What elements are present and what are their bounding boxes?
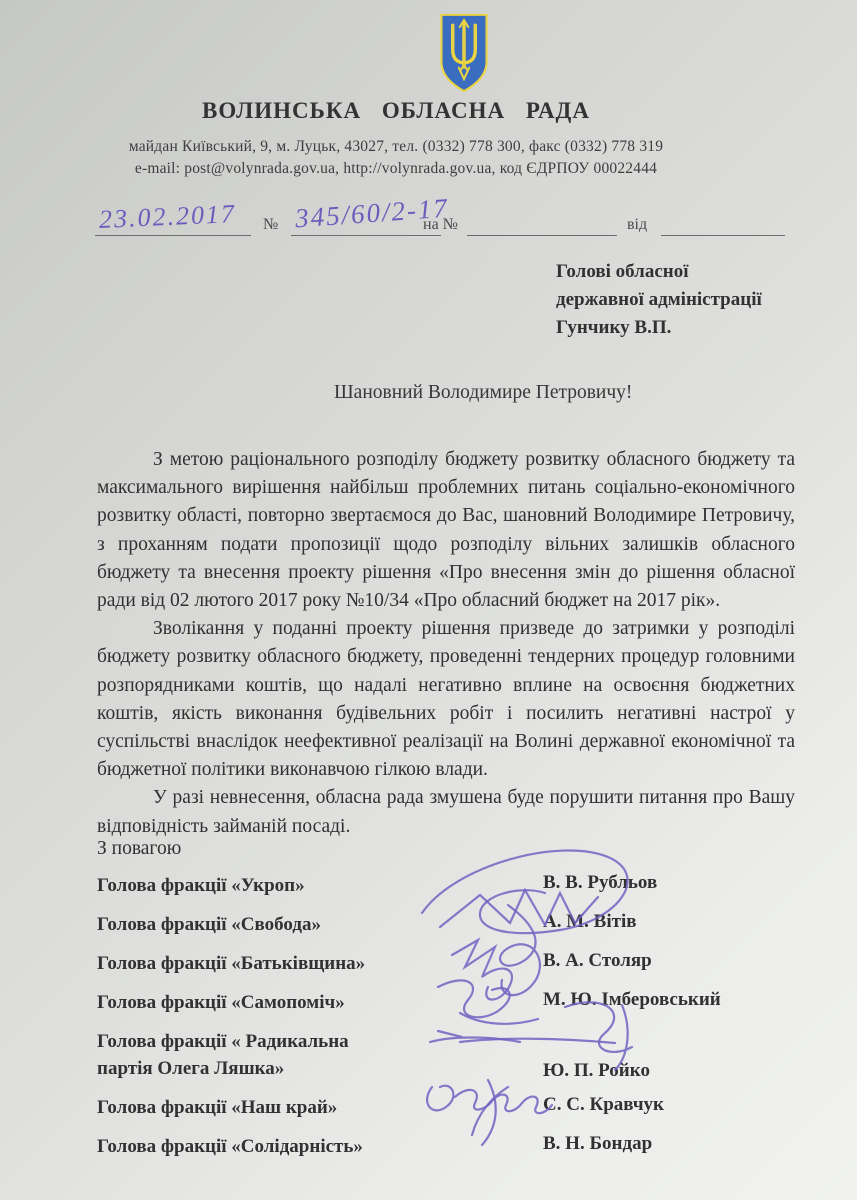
salutation: Шановний Володимире Петровичу! [334, 382, 632, 404]
from-date-underline [661, 200, 785, 236]
signatory-name: С. С. Кравчук [543, 1094, 664, 1121]
signatory-row: Голова фракції «Солідарність» В. Н. Бонд… [97, 1133, 795, 1160]
recipient-line: Гунчику В.П. [556, 314, 762, 342]
number-label: № [263, 216, 278, 234]
signatory-name: В. Н. Бондар [543, 1133, 652, 1160]
body-paragraph: З метою раціонального розподілу бюджету … [97, 446, 795, 615]
signatory-name: В. В. Рубльов [543, 872, 657, 899]
recipient-line: державної адміністрації [556, 286, 762, 314]
organization-name: ВОЛИНСЬКА ОБЛАСНА РАДА [0, 98, 792, 124]
ukraine-trident-emblem-icon [438, 13, 490, 93]
reply-number-underline [467, 200, 617, 236]
address-line: майдан Київський, 9, м. Луцьк, 43027, те… [0, 138, 792, 156]
signatory-row: Голова фракції «Самопоміч» М. Ю. Імберов… [97, 989, 795, 1016]
body-paragraph: У разі невнесення, обласна рада змушена … [97, 784, 795, 840]
signatory-title: Голова фракції «Наш край» [97, 1094, 397, 1121]
signatory-row: Голова фракції «Наш край» С. С. Кравчук [97, 1094, 795, 1121]
recipient-block: Голові обласної державної адміністрації … [556, 258, 762, 342]
signatory-name: В. А. Столяр [543, 950, 652, 977]
signatory-row: Голова фракції «Батьківщина» В. А. Столя… [97, 950, 795, 977]
contact-line: e-mail: post@volynrada.gov.ua, http://vo… [0, 160, 792, 178]
signatory-row: Голова фракції «Свобода» А. М. Вітів [97, 911, 795, 938]
reply-number-label: на № [423, 216, 458, 234]
signatory-row: Голова фракції « Радикальна партія Олега… [97, 1028, 795, 1082]
signatory-name: М. Ю. Імберовський [543, 989, 721, 1016]
closing-phrase: З повагою [97, 838, 181, 860]
signatory-title: Голова фракції «Свобода» [97, 911, 397, 938]
signatory-row: Голова фракції «Укроп» В. В. Рубльов [97, 872, 795, 899]
letter-body: З метою раціонального розподілу бюджету … [97, 446, 795, 841]
signatory-title: Голова фракції «Укроп» [97, 872, 397, 899]
scanned-letter-page: ВОЛИНСЬКА ОБЛАСНА РАДА майдан Київський,… [0, 0, 857, 1200]
signatories-block: Голова фракції «Укроп» В. В. Рубльов Гол… [97, 872, 795, 1172]
signatory-name: А. М. Вітів [543, 911, 636, 938]
signatory-title: Голова фракції «Батьківщина» [97, 950, 397, 977]
from-date-label: від [627, 216, 647, 234]
signatory-title: Голова фракції «Солідарність» [97, 1133, 397, 1160]
recipient-line: Голові обласної [556, 258, 762, 286]
handwritten-date: 23.02.2017 [98, 199, 236, 235]
signatory-title: Голова фракції « Радикальна партія Олега… [97, 1028, 397, 1082]
signatory-title: Голова фракції «Самопоміч» [97, 989, 397, 1016]
body-paragraph: Зволікання у поданні проекту рішення при… [97, 615, 795, 784]
reference-row: 23.02.2017 № 345/60/2-17 на № від [95, 200, 785, 244]
signatory-name: Ю. П. Ройко [543, 1060, 650, 1082]
